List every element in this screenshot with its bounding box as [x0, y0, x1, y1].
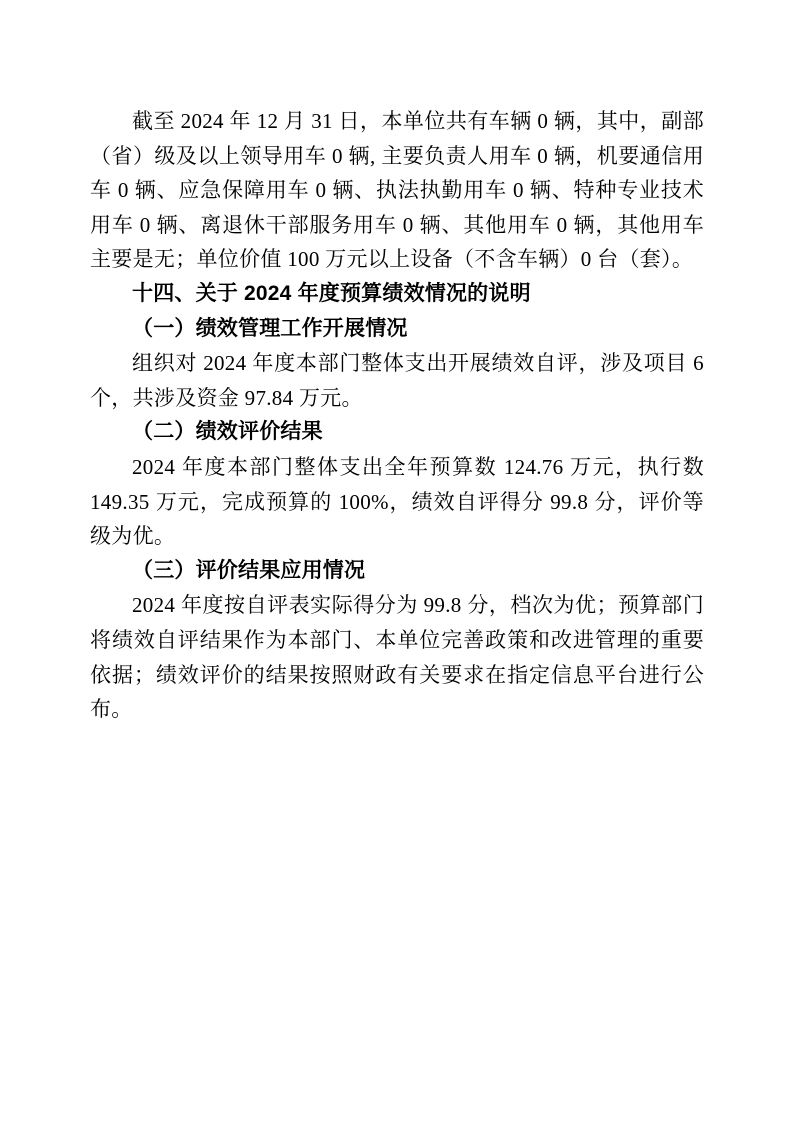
document-page: 截至 2024 年 12 月 31 日，本单位共有车辆 0 辆，其中，副部（省）… — [0, 0, 793, 1122]
paragraph-budget-execution: 2024 年度本部门整体支出全年预算数 124.76 万元，执行数 149.35… — [90, 450, 704, 554]
subheading-3-result-application: （三）评价结果应用情况 — [90, 554, 704, 589]
paragraph-result-application: 2024 年度按自评表实际得分为 99.8 分，档次为优；预算部门将绩效自评结果… — [90, 588, 704, 726]
document-content: 截至 2024 年 12 月 31 日，本单位共有车辆 0 辆，其中，副部（省）… — [90, 104, 704, 727]
paragraph-vehicles-equipment: 截至 2024 年 12 月 31 日，本单位共有车辆 0 辆，其中，副部（省）… — [90, 104, 704, 277]
subheading-2-evaluation-results: （二）绩效评价结果 — [90, 415, 704, 450]
paragraph-self-evaluation-scope: 组织对 2024 年度本部门整体支出开展绩效自评，涉及项目 6 个，共涉及资金 … — [90, 346, 704, 415]
subheading-1-performance-management: （一）绩效管理工作开展情况 — [90, 312, 704, 347]
section-heading-14: 十四、关于 2024 年度预算绩效情况的说明 — [90, 277, 704, 312]
